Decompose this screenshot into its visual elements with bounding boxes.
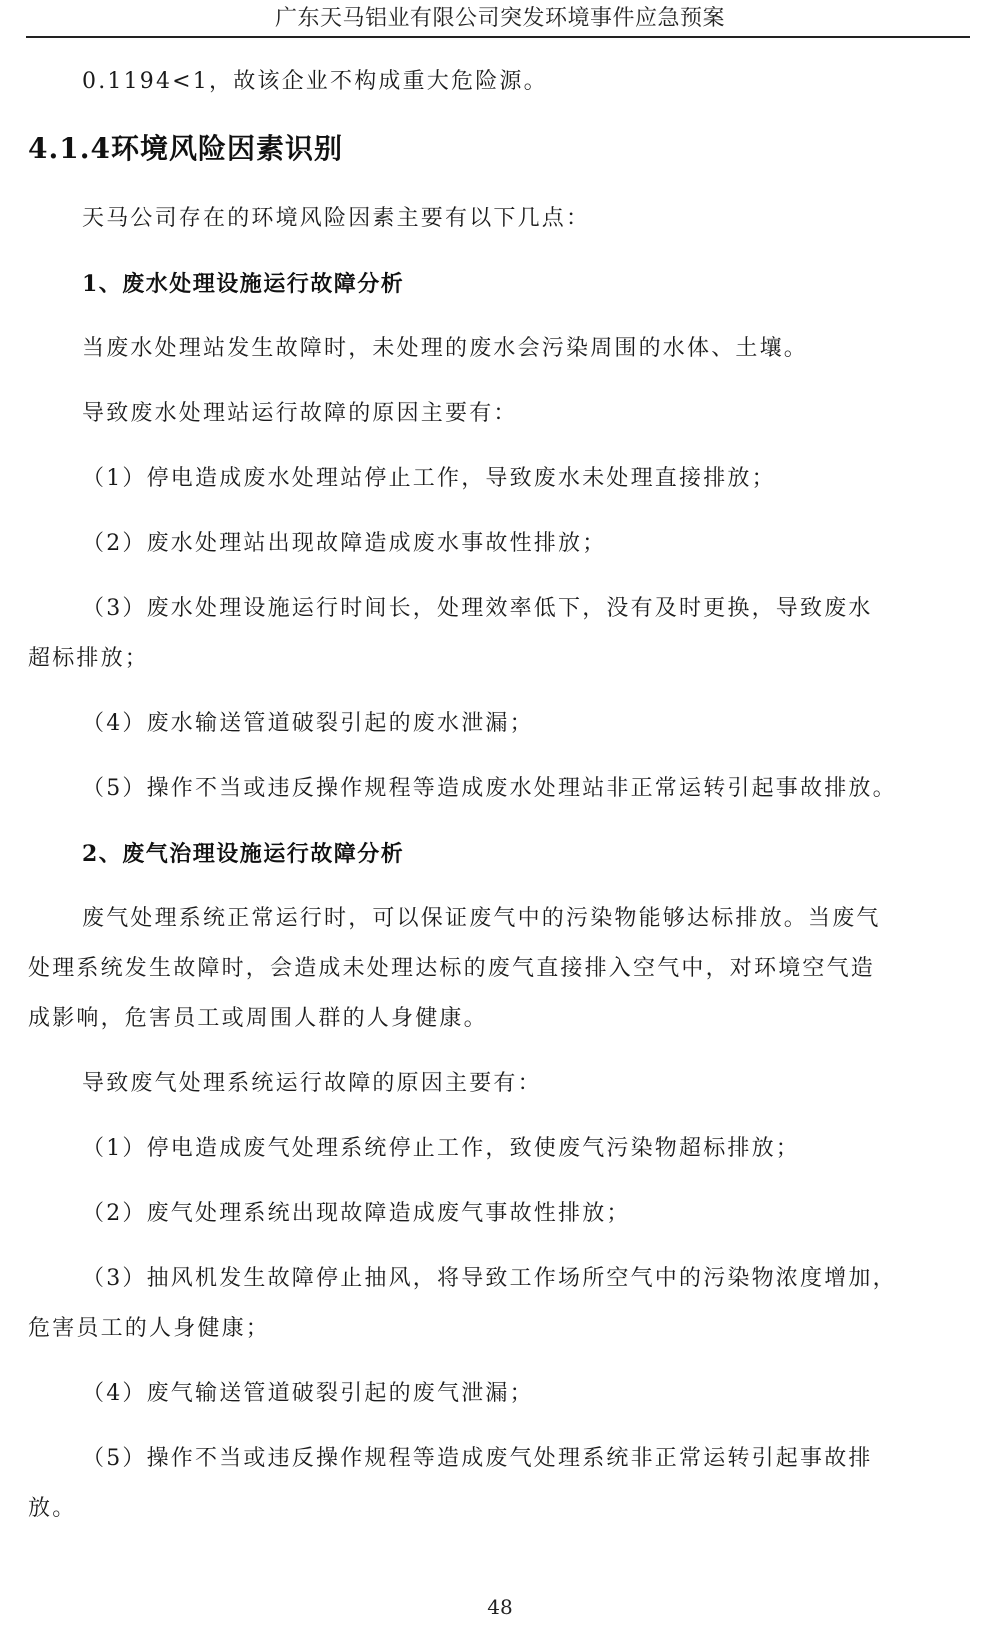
exhaust-description-line-3: 成影响，危害员工或周围人群的人身健康。 bbox=[28, 1004, 488, 1034]
exhaust-causes-intro: 导致废气处理系统运行故障的原因主要有： bbox=[82, 1069, 542, 1099]
header-divider bbox=[26, 36, 970, 38]
exhaust-cause-1: （1）停电造成废气处理系统停止工作，致使废气污染物超标排放； bbox=[82, 1134, 800, 1164]
exhaust-cause-4: （4）废气输送管道破裂引起的废气泄漏； bbox=[82, 1379, 534, 1409]
exhaust-cause-5: （5）操作不当或违反操作规程等造成废气处理系统非正常运转引起事故排 bbox=[82, 1444, 873, 1474]
section-heading: 4.1.4环境风险因素识别 bbox=[28, 131, 343, 167]
document-header-title: 广东天马铝业有限公司突发环境事件应急预案 bbox=[0, 4, 1000, 34]
exhaust-description-line-1: 废气处理系统正常运行时，可以保证废气中的污染物能够达标排放。当废气 bbox=[82, 904, 881, 934]
section-intro: 天马公司存在的环境风险因素主要有以下几点： bbox=[82, 204, 590, 234]
wastewater-cause-3-continued: 超标排放； bbox=[28, 644, 149, 674]
wastewater-cause-4: （4）废水输送管道破裂引起的废水泄漏； bbox=[82, 709, 534, 739]
exhaust-cause-3: （3）抽风机发生故障停止抽风，将导致工作场所空气中的污染物浓度增加， bbox=[82, 1264, 897, 1294]
wastewater-description: 当废水处理站发生故障时，未处理的废水会污染周围的水体、土壤。 bbox=[82, 334, 808, 364]
wastewater-cause-5: （5）操作不当或违反操作规程等造成废水处理站非正常运转引起事故排放。 bbox=[82, 774, 897, 804]
wastewater-cause-1: （1）停电造成废水处理站停止工作，导致废水未处理直接排放； bbox=[82, 464, 776, 494]
exhaust-cause-3-continued: 危害员工的人身健康； bbox=[28, 1314, 270, 1344]
wastewater-heading: 1、废水处理设施运行故障分析 bbox=[82, 269, 404, 299]
exhaust-heading: 2、废气治理设施运行故障分析 bbox=[82, 839, 404, 869]
exhaust-cause-2: （2）废气处理系统出现故障造成废气事故性排放； bbox=[82, 1199, 631, 1229]
wastewater-causes-intro: 导致废水处理站运行故障的原因主要有： bbox=[82, 399, 518, 429]
intro-line: 0.1194<1，故该企业不构成重大危险源。 bbox=[82, 67, 548, 97]
exhaust-cause-5-continued: 放。 bbox=[28, 1494, 76, 1524]
wastewater-cause-2: （2）废水处理站出现故障造成废水事故性排放； bbox=[82, 529, 606, 559]
wastewater-cause-3: （3）废水处理设施运行时间长，处理效率低下，没有及时更换，导致废水 bbox=[82, 594, 873, 624]
page-number: 48 bbox=[0, 1594, 1000, 1620]
exhaust-description-line-2: 处理系统发生故障时，会造成未处理达标的废气直接排入空气中，对环境空气造 bbox=[28, 954, 875, 984]
